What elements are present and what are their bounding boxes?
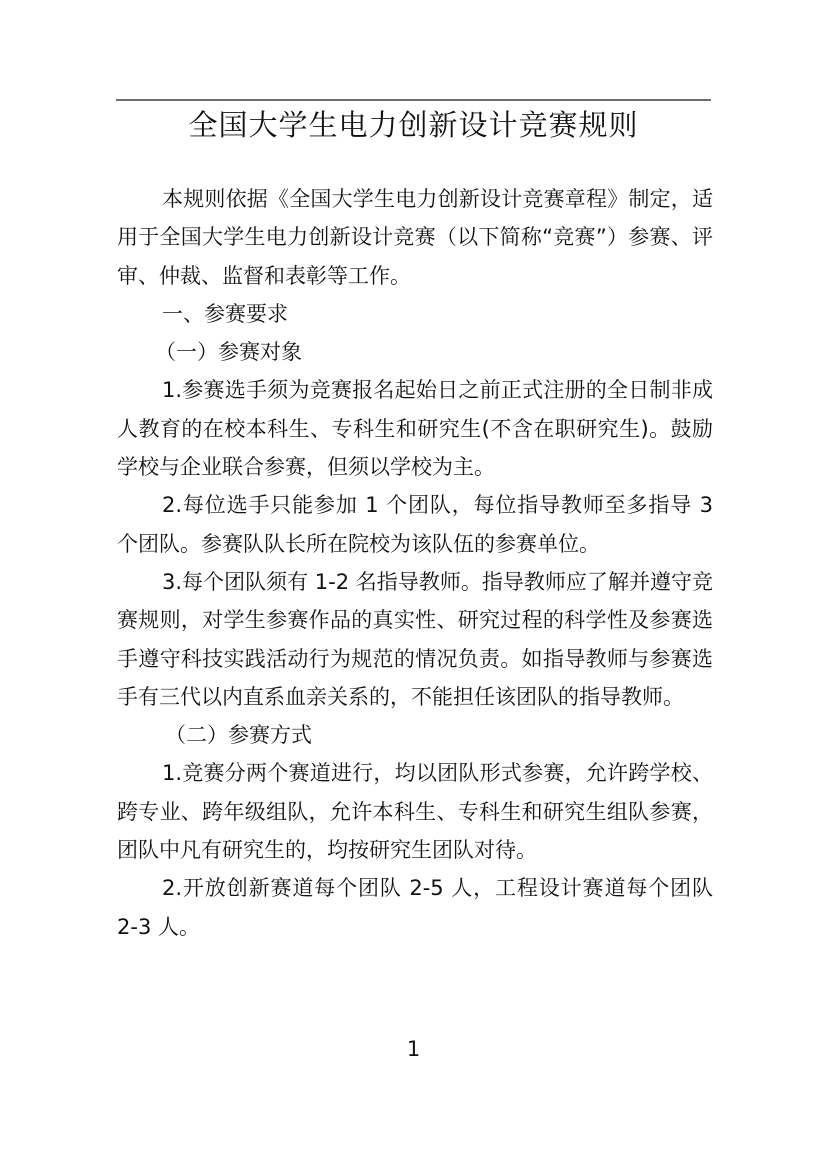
subsection-heading-participants: （一）参赛对象 <box>117 333 713 371</box>
document-page: 全国大学生电力创新设计竞赛规则 本规则依据《全国大学生电力创新设计竞赛章程》制定… <box>0 0 827 1170</box>
method-item-2: 2.开放创新赛道每个团队 2-5 人，工程设计赛道每个团队 2-3 人。 <box>117 869 713 946</box>
rule-item-1: 1.参赛选手须为竞赛报名起始日之前正式注册的全日制非成人教育的在校本科生、专科生… <box>117 371 713 486</box>
document-title: 全国大学生电力创新设计竞赛规则 <box>116 103 711 147</box>
method-item-1: 1.竞赛分两个赛道进行，均以团队形式参赛，允许跨学校、跨专业、跨年级组队，允许本… <box>117 754 713 869</box>
section-heading-requirements: 一、参赛要求 <box>117 295 713 333</box>
header-rule <box>116 99 711 101</box>
subsection-heading-method: （二）参赛方式 <box>117 716 713 754</box>
page-number: 1 <box>0 1034 827 1064</box>
rule-item-2: 2.每位选手只能参加 1 个团队，每位指导教师至多指导 3 个团队。参赛队队长所… <box>117 486 713 563</box>
intro-paragraph: 本规则依据《全国大学生电力创新设计竞赛章程》制定，适用于全国大学生电力创新设计竞… <box>117 180 713 295</box>
rule-item-3: 3.每个团队须有 1-2 名指导教师。指导教师应了解并遵守竞赛规则，对学生参赛作… <box>117 563 713 716</box>
document-body: 本规则依据《全国大学生电力创新设计竞赛章程》制定，适用于全国大学生电力创新设计竞… <box>117 180 713 946</box>
